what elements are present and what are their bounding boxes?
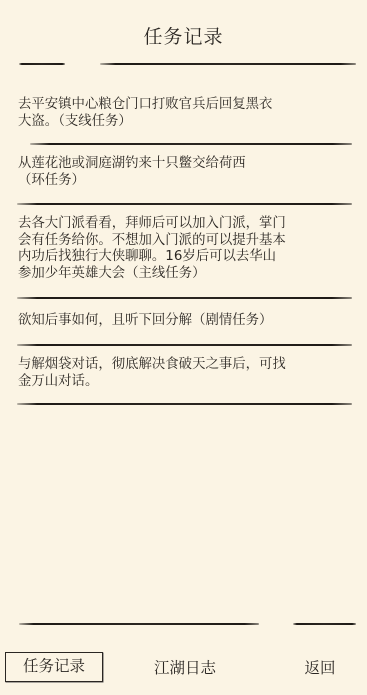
tab-quest-log[interactable]: 任务记录 bbox=[5, 652, 103, 682]
quest-divider bbox=[17, 403, 352, 405]
page-title: 任务记录 bbox=[0, 22, 367, 49]
bottom-nav: 任务记录 江湖日志 返回 bbox=[0, 652, 367, 684]
quest-divider bbox=[17, 203, 352, 205]
tab-jianghu-journal[interactable]: 江湖日志 bbox=[140, 653, 230, 683]
quest-item[interactable]: 去各大门派看看，拜师后可以加入门派，掌门 会有任务给你。不想加入门派的可以提升基… bbox=[18, 216, 318, 282]
header-divider-left bbox=[19, 63, 65, 65]
back-button[interactable]: 返回 bbox=[292, 653, 348, 683]
quest-divider bbox=[17, 297, 352, 299]
footer-divider-left bbox=[19, 623, 259, 625]
quest-item[interactable]: 从莲花池或洞庭湖钓来十只鳖交给荷西 （环任务） bbox=[18, 156, 318, 189]
quest-divider bbox=[30, 143, 352, 145]
footer-divider-right bbox=[293, 623, 356, 625]
quest-item[interactable]: 与解烟袋对话，彻底解决食破天之事后，可找 金万山对话。 bbox=[18, 357, 318, 390]
quest-item[interactable]: 欲知后事如何，且听下回分解（剧情任务） bbox=[18, 313, 318, 330]
quest-item[interactable]: 去平安镇中心粮仓门口打败官兵后回复黑衣 大盗。（支线任务） bbox=[18, 97, 318, 130]
header-divider-right bbox=[100, 63, 356, 65]
quest-divider bbox=[17, 344, 352, 346]
